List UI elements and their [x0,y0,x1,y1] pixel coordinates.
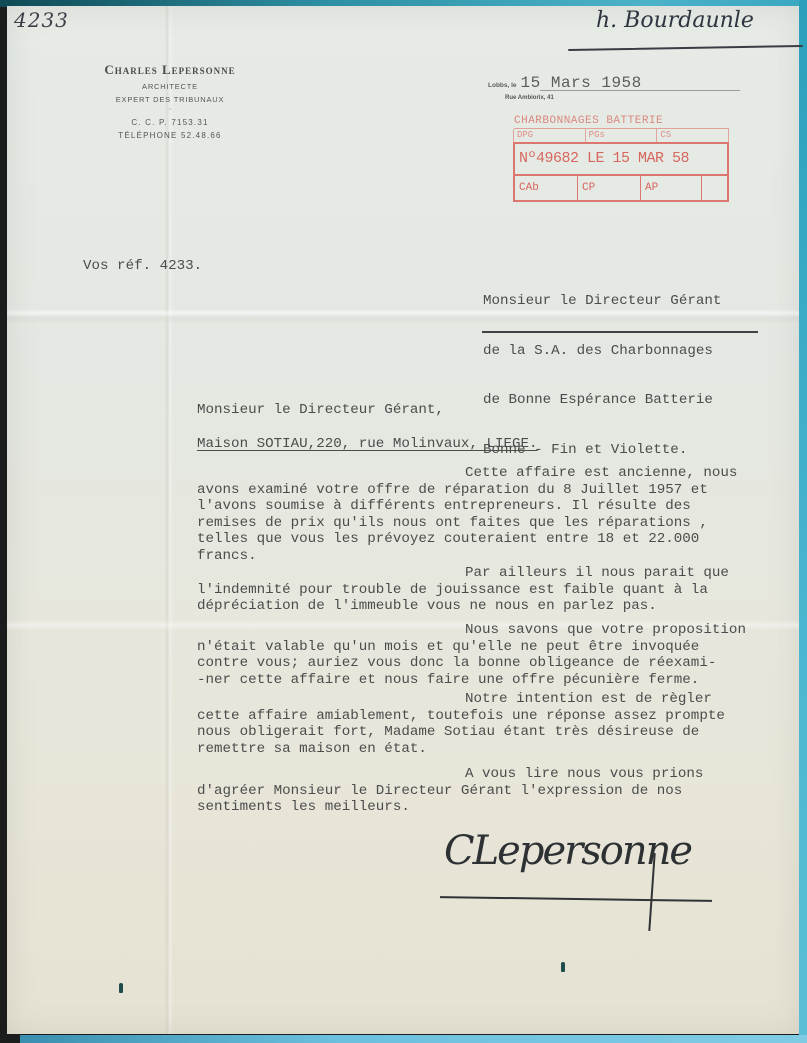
scan-frame-right [799,0,807,1043]
paragraph-line: l'avons soumise à différents entrepreneu… [197,498,797,515]
staple-mark [119,983,123,993]
stamp-cell: CS [656,129,729,142]
paragraph-line: Notre intention est de règler [197,691,797,708]
paragraph: Par ailleurs il nous parait quel'indemni… [197,565,797,615]
paragraph-line: sentiments les meilleurs. [197,799,797,816]
stamp-cell: CAb [515,176,578,200]
letterhead: Charles Lepersonne ARCHITECTE EXPERT DES… [60,62,280,140]
handwritten-annotation: h. Bourdaunle [596,8,754,33]
paragraph-line: remettre sa maison en état. [197,741,797,758]
stamp-header: CHARBONNAGES BATTERIE [514,115,729,129]
paragraph-line: remises de prix qu'ils nous ont faites q… [197,515,797,532]
stamp-row-top: DPG PGs CS [513,129,729,142]
received-stamp: CHARBONNAGES BATTERIE DPG PGs CS Nº49682… [513,115,729,209]
stamp-cell [702,176,727,200]
street-address: Rue Ambiorix, 41 [505,95,554,101]
signature: CLepersonne [440,828,740,928]
letterhead-dot: · [60,106,280,114]
paragraph-line: -ner cette affaire et nous faire une off… [197,672,797,689]
paragraph-line: avons examiné votre offre de réparation … [197,482,797,499]
paragraph: Notre intention est de règlercette affai… [197,691,797,757]
paragraph-line: dépréciation de l'immeuble vous ne nous … [197,598,797,615]
letterhead-title: ARCHITECTE [60,82,280,91]
your-reference: Vos réf. 4233. [83,258,202,275]
paragraph-line: Cette affaire est ancienne, nous [197,465,797,482]
recipient-line: de la S.A. des Charbonnages [483,343,721,360]
date-prefix: Lobbs, le [488,82,517,89]
recipient-line: Monsieur le Directeur Gérant [483,293,721,310]
paragraph-line: l'indemnité pour trouble de jouissance e… [197,582,797,599]
salutation: Monsieur le Directeur Gérant, [197,402,444,419]
date-underline [540,90,740,91]
letterhead-telephone: TÉLÉPHONE 52.48.66 [60,131,280,140]
stamp-cell: DPG [513,129,585,142]
paragraph-line: francs. [197,548,797,565]
recipient-rule [482,331,758,333]
stamp-cell: PGs [585,129,657,142]
letterhead-name: Charles Lepersonne [60,62,280,78]
letterhead-subtitle: EXPERT DES TRIBUNAUX [60,95,280,104]
paragraph-line: cette affaire amiablement, toutefois une… [197,708,797,725]
letterhead-ccp: C. C. P. 7153.31 [60,118,280,127]
stamp-row-bottom: CAb CP AP [513,176,729,202]
staple-mark [561,962,565,972]
paragraph-line: Nous savons que votre proposition [197,622,797,639]
signature-underline [440,896,712,902]
scan-frame-bottom [20,1035,807,1043]
stamp-cell: CP [578,176,641,200]
subject-line: Maison SOTIAU,220, rue Molinvaux, LIEGE. [197,436,538,453]
stamp-number: Nº49682 LE 15 MAR 58 [513,142,729,176]
recipient-line: de Bonne Espérance Batterie [483,392,721,409]
paragraph-line: A vous lire nous vous prions [197,766,797,783]
paragraph: A vous lire nous vous prionsd'agréer Mon… [197,766,797,816]
paragraph-line: contre vous; auriez vous donc la bonne o… [197,655,797,672]
paragraph-line: n'était valable qu'un mois et qu'elle ne… [197,639,797,656]
paragraph: Cette affaire est ancienne, nousavons ex… [197,465,797,564]
paragraph-line: telles que vous les prévoyez couteraient… [197,531,797,548]
paragraph-line: nous obligerait fort, Madame Sotiau étan… [197,724,797,741]
stamp-cell: AP [641,176,702,200]
archive-reference-number: 4233 [14,8,69,32]
paragraph: Nous savons que votre propositionn'était… [197,622,797,688]
paragraph-line: d'agréer Monsieur le Directeur Gérant l'… [197,783,797,800]
paragraph-line: Par ailleurs il nous parait que [197,565,797,582]
